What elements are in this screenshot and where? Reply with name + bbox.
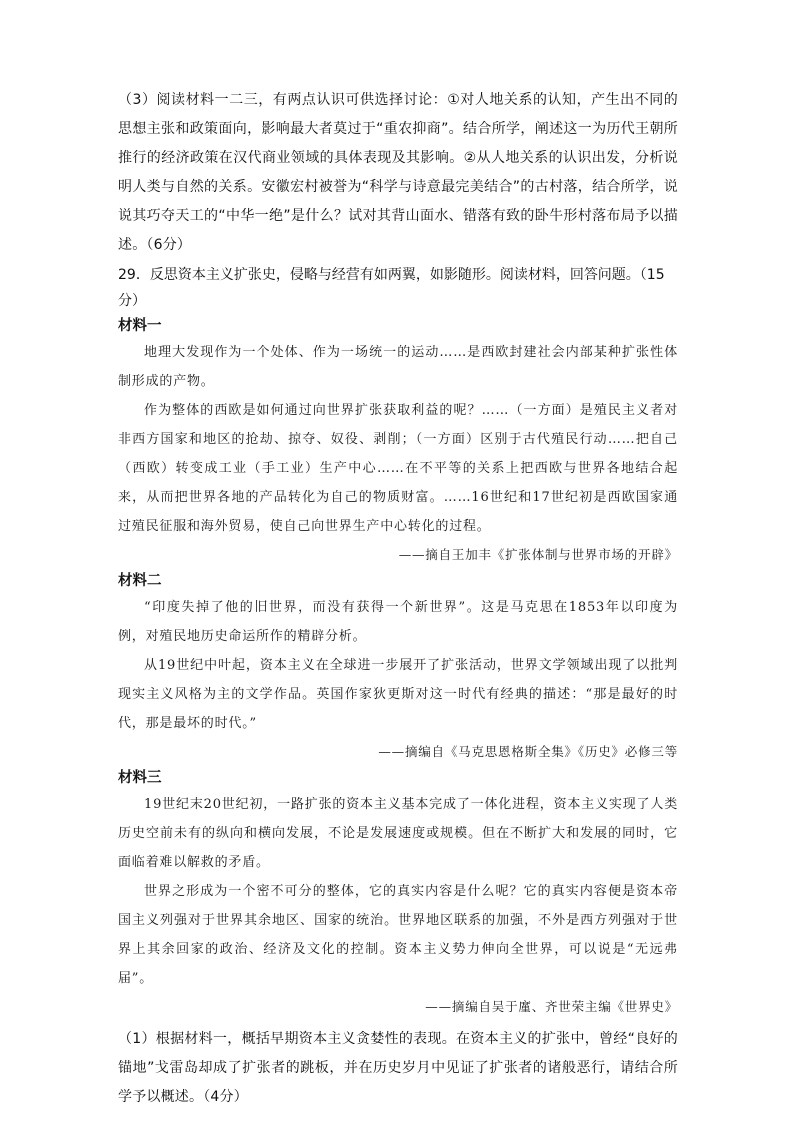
material-citation: ——摘自王加丰《扩张体制与世界市场的开辟》 [118, 541, 678, 569]
material-1: 材料一 地理大发现作为一个处体、作为一场统一的运动……是西欧封建社会内部某种扩张… [118, 314, 678, 569]
material-paragraph: “印度失掉了他的旧世界，而没有获得一个新世界”。这是马克思在1853年以印度为例… [118, 593, 678, 651]
material-title: 材料三 [118, 766, 678, 790]
question-3: （3）阅读材料一二三，有两点认识可供选择讨论：①对人地关系的认知，产生出不同的思… [118, 86, 678, 260]
exam-page: （3）阅读材料一二三，有两点认识可供选择讨论：①对人地关系的认知，产生出不同的思… [118, 86, 678, 1112]
material-title: 材料二 [118, 569, 678, 593]
material-paragraph: 地理大发现作为一个处体、作为一场统一的运动……是西欧封建社会内部某种扩张性体制形… [118, 338, 678, 396]
question-29-1: （1）根据材料一，概括早期资本主义贪婪性的表现。在资本主义的扩张中，曾经“良好的… [118, 1025, 678, 1112]
material-citation: ——摘编自《马克思恩格斯全集》《历史》必修三等 [118, 738, 678, 766]
material-paragraph: 19世纪末20世纪初，一路扩张的资本主义基本完成了一体化进程，资本主义实现了人类… [118, 790, 678, 877]
material-citation: ——摘编自吴于廑、齐世荣主编《世界史》 [118, 993, 678, 1021]
material-paragraph: 作为整体的西欧是如何通过向世界扩张获取利益的呢？……（一方面）是殖民主义者对非西… [118, 396, 678, 541]
material-2: 材料二 “印度失掉了他的旧世界，而没有获得一个新世界”。这是马克思在1853年以… [118, 569, 678, 766]
material-paragraph: 世界之形成为一个密不可分的整体，它的真实内容是什么呢？它的真实内容便是资本帝国主… [118, 877, 678, 993]
material-paragraph: 从19世纪中叶起，资本主义在全球进一步展开了扩张活动，世界文学领域出现了以批判现… [118, 651, 678, 738]
question-29-stem: 29．反思资本主义扩张史，侵略与经营有如两翼，如影随形。阅读材料，回答问题。（1… [118, 262, 678, 314]
material-3: 材料三 19世纪末20世纪初，一路扩张的资本主义基本完成了一体化进程，资本主义实… [118, 766, 678, 1021]
material-title: 材料一 [118, 314, 678, 338]
